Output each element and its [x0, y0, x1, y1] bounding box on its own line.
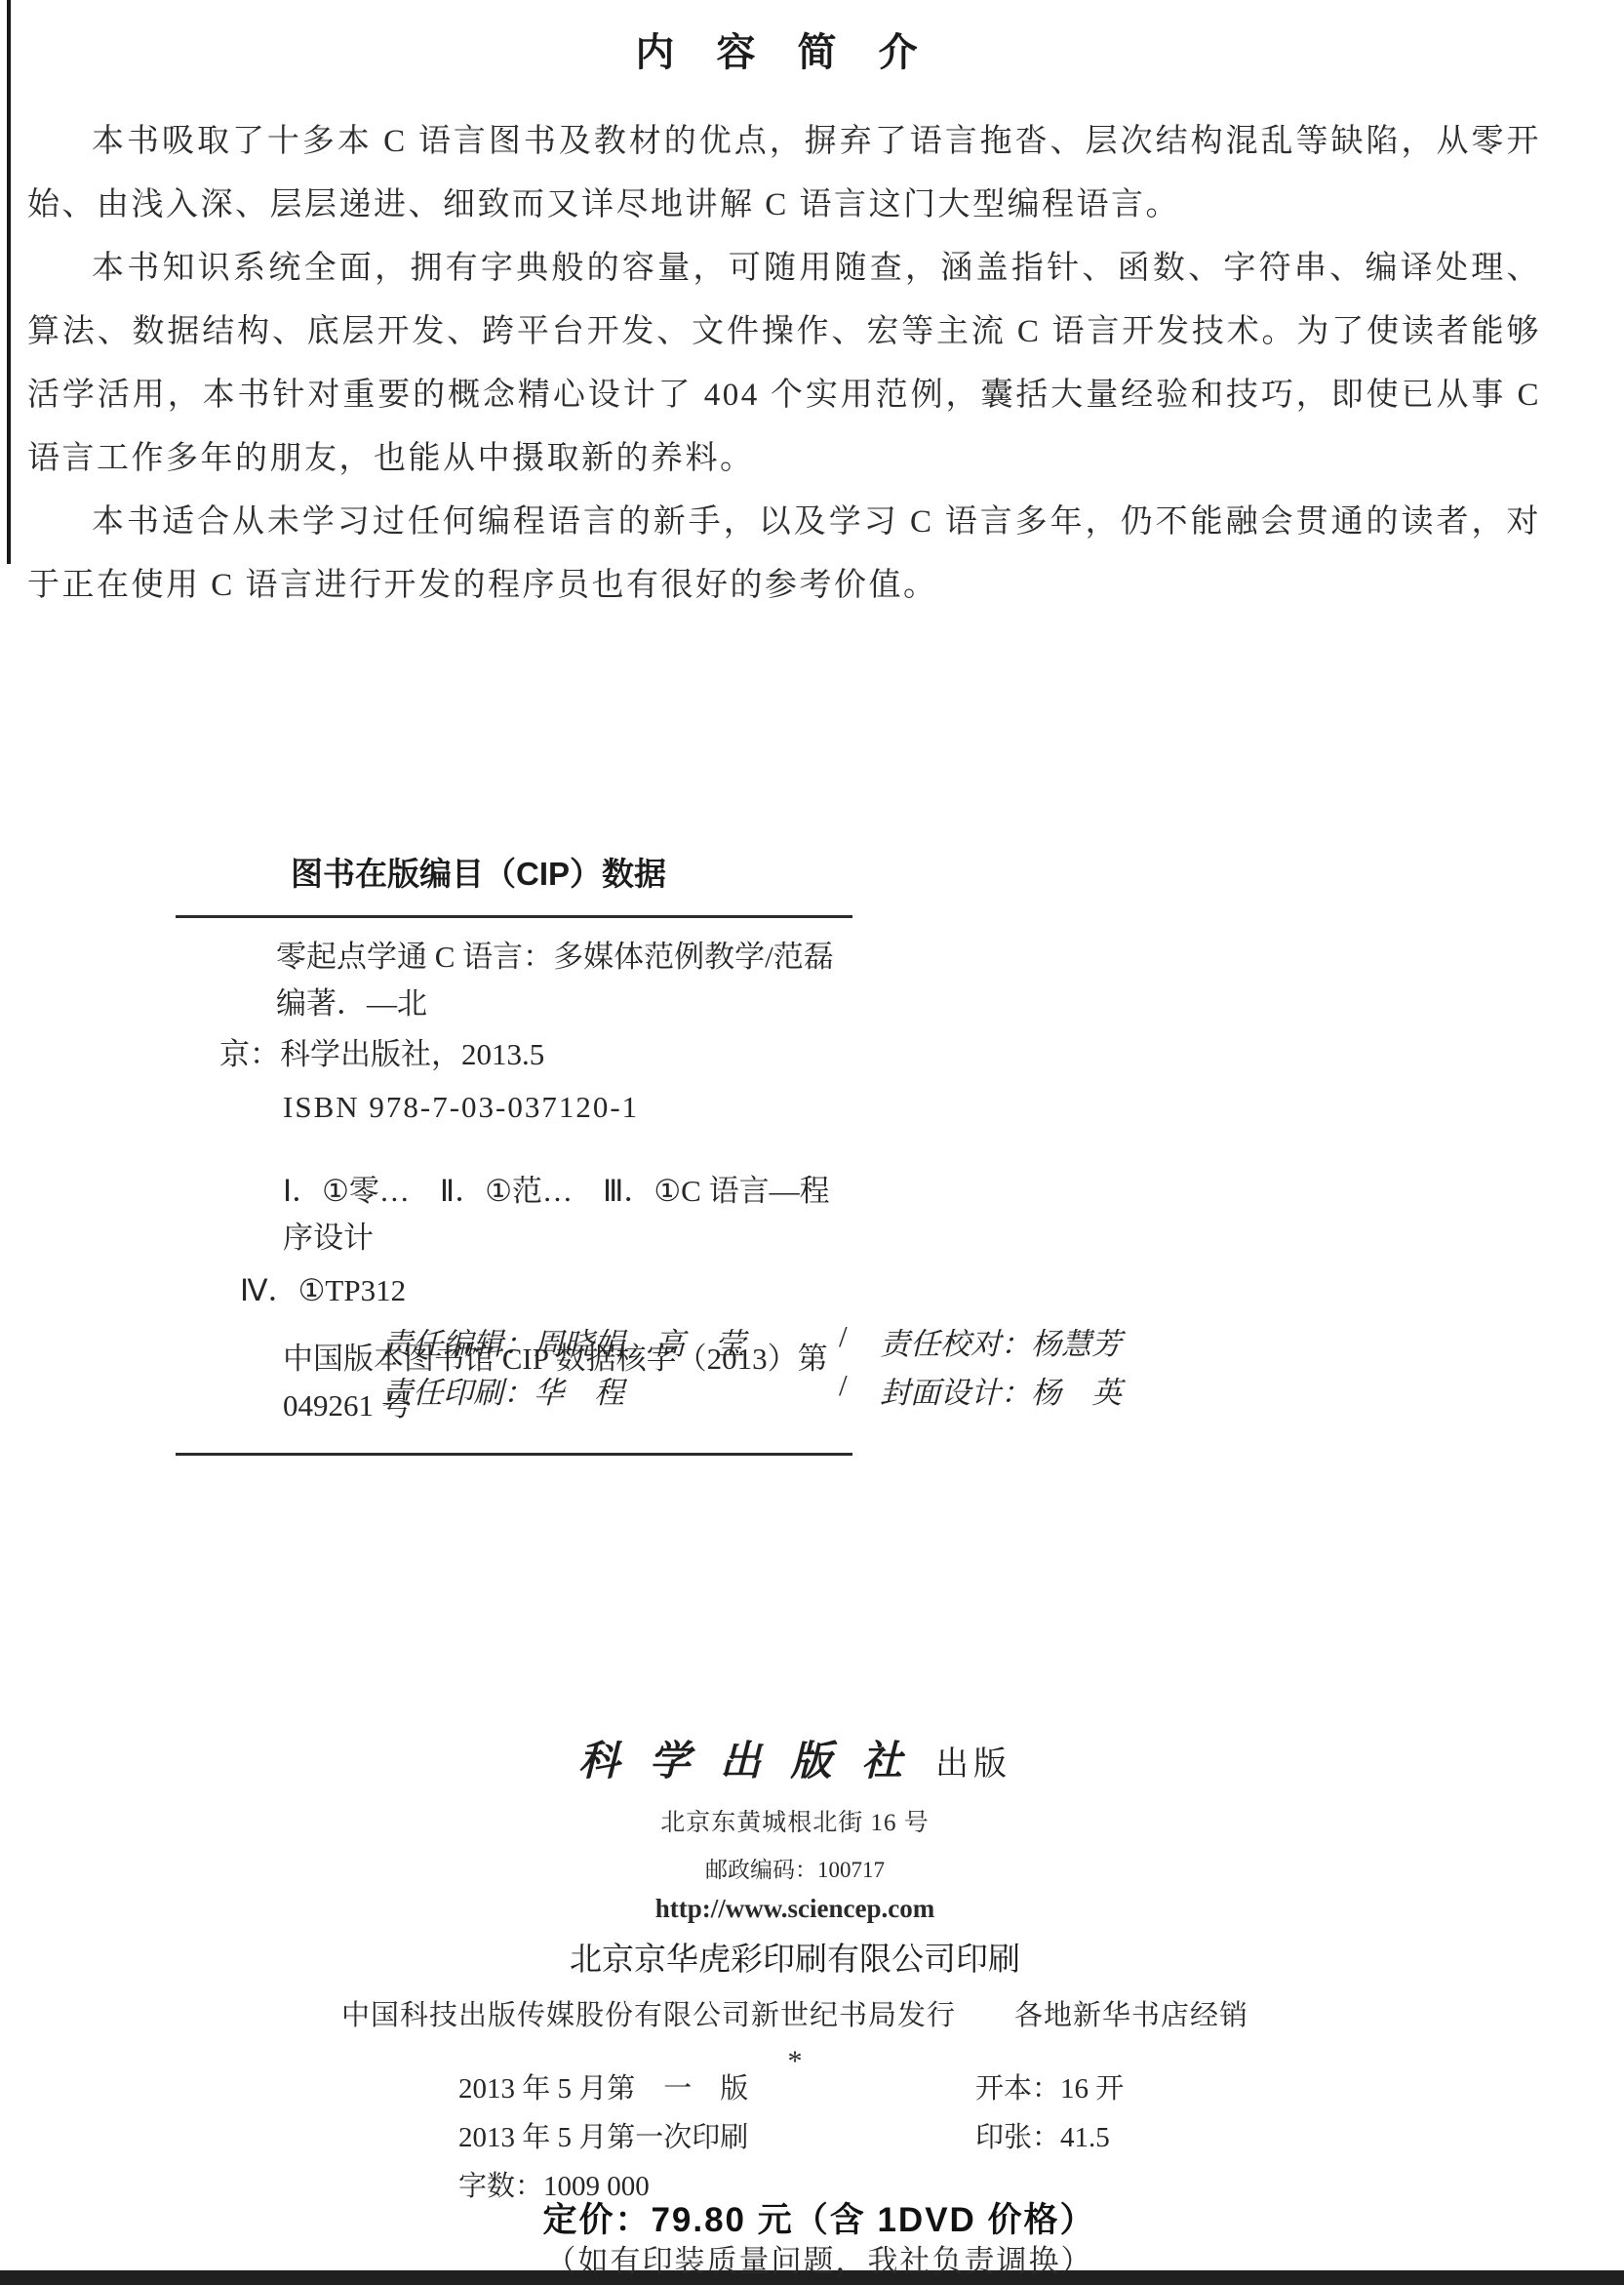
responsible-proofreader: 责任校对：杨慧芳 — [880, 1319, 1122, 1363]
staff-separator: / — [839, 1319, 880, 1354]
printing-company: 北京京华虎彩印刷有限公司印刷 — [0, 1934, 1590, 1980]
edition-details: 2013 年 5 月第 一 版 开本：16 开 2013 年 5 月第一次印刷 … — [458, 2066, 1356, 2213]
edition-date: 2013 年 5 月第 一 版 — [458, 2066, 975, 2115]
cip-entry-line-1: 零起点学通 C 语言：多媒体范例教学/范磊编著．—北 — [276, 934, 852, 1027]
price-line: 定价：79.80 元（含 1DVD 价格） — [0, 2193, 1624, 2242]
responsible-printer: 责任印刷：华 程 — [382, 1368, 839, 1412]
distribution-line: 中国科技出版传媒股份有限公司新世纪书局发行 各地新华书店经销 — [0, 1993, 1590, 2033]
edition-row-2: 2013 年 5 月第一次印刷 印张：41.5 — [458, 2115, 1356, 2164]
cip-entry-line-2: 京：科学出版社，2013.5 — [219, 1031, 852, 1078]
cover-designer: 封面设计：杨 英 — [880, 1368, 1122, 1412]
book-summary-section: 内 容 简 介 本书吸取了十多本 C 语言图书及教材的优点，摒弃了语言拖沓、层次… — [27, 21, 1541, 618]
edition-row-1: 2013 年 5 月第 一 版 开本：16 开 — [458, 2066, 1356, 2115]
staff-row-2: 责任印刷：华 程 / 封面设计：杨 英 — [382, 1368, 1221, 1417]
cip-heading: 图书在版编目（CIP）数据 — [291, 851, 852, 898]
printing-date: 2013 年 5 月第一次印刷 — [458, 2115, 975, 2164]
imprint-line: 科 学 出 版 社 出版 — [0, 1729, 1590, 1787]
scan-left-edge — [7, 0, 11, 564]
format-size: 开本：16 开 — [975, 2066, 1124, 2115]
cip-classification-line-2: Ⅳ．①TP312 — [240, 1267, 852, 1314]
cip-rule-bottom — [176, 1453, 852, 1456]
sheet-count: 印张：41.5 — [975, 2115, 1110, 2164]
publisher-postcode: 邮政编码：100717 — [0, 1852, 1590, 1884]
summary-paragraph-3: 本书适合从未学习过任何编程语言的新手，以及学习 C 语言多年，仍不能融会贯通的读… — [27, 491, 1541, 618]
publisher-address: 北京东黄城根北街 16 号 — [0, 1803, 1590, 1838]
cip-rule-top — [176, 915, 852, 918]
staff-credits: 责任编辑：周晓娟 高 莹 / 责任校对：杨慧芳 责任印刷：华 程 / 封面设计：… — [382, 1319, 1221, 1417]
summary-paragraph-1: 本书吸取了十多本 C 语言图书及教材的优点，摒弃了语言拖沓、层次结构混乱等缺陷，… — [27, 110, 1541, 237]
quality-note: （如有印装质量问题，我社负责调换） — [0, 2236, 1624, 2280]
publisher-colophon: 科 学 出 版 社 出版 北京东黄城根北街 16 号 邮政编码：100717 h… — [0, 1729, 1590, 2078]
summary-paragraph-2: 本书知识系统全面，拥有字典般的容量，可随用随查，涵盖指针、函数、字符串、编译处理… — [27, 237, 1541, 491]
publisher-website: http://www.sciencep.com — [0, 1894, 1590, 1924]
copyright-page: 内 容 简 介 本书吸取了十多本 C 语言图书及教材的优点，摒弃了语言拖沓、层次… — [0, 0, 1624, 2285]
cip-classification-line-1: Ⅰ．①零… Ⅱ．①范… Ⅲ．①C 语言—程序设计 — [283, 1168, 852, 1262]
publisher-logotype: 科 学 出 版 社 — [578, 1740, 912, 1784]
summary-title: 内 容 简 介 — [27, 21, 1541, 77]
staff-separator: / — [839, 1368, 880, 1403]
publish-label: 出版 — [935, 1745, 1011, 1783]
isbn-number: ISBN 978-7-03-037120-1 — [283, 1084, 852, 1131]
staff-row-1: 责任编辑：周晓娟 高 莹 / 责任校对：杨慧芳 — [382, 1319, 1221, 1368]
responsible-editor: 责任编辑：周晓娟 高 莹 — [382, 1319, 839, 1363]
